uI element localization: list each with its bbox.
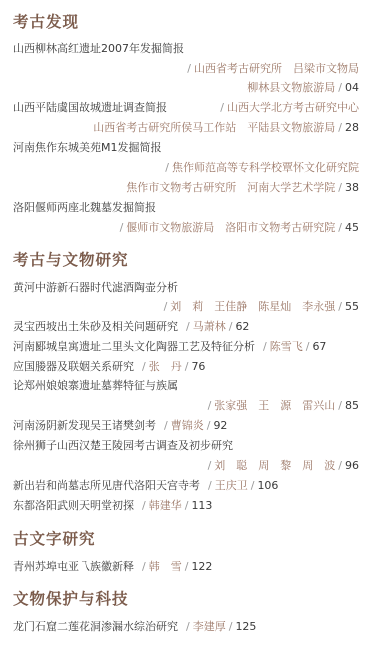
article-title[interactable]: 山西柳林高红遗址2007年发掘简报 <box>13 42 184 56</box>
page-number: 106 <box>257 479 278 492</box>
page-number: 92 <box>213 419 227 432</box>
article-entry[interactable]: 灵宝西坡出土朱砂及相关问题研究/马萧林/62 <box>13 320 249 334</box>
article-title[interactable]: 论郑州娘娘寨遗址墓葬特征与族属 <box>13 379 178 393</box>
section-title-paleography: 古文字研究 <box>13 527 96 549</box>
article-entry[interactable]: 应国媵器及联姻关系研究/张 丹/76 <box>13 360 205 374</box>
article-title[interactable]: 山西平陆虞国故城遗址调查简报 <box>13 101 167 115</box>
page-number: 38 <box>345 181 359 194</box>
article-authors: /张家强 王 源 雷兴山/85 <box>205 399 359 413</box>
page-number: 04 <box>345 81 359 94</box>
article-entry[interactable]: 东都洛阳武则天明堂初探/韩建华/113 <box>13 499 212 513</box>
section-title-conservation-technology: 文物保护与科技 <box>13 587 129 609</box>
article-title[interactable]: 徐州狮子山西汉楚王陵园考古调查及初步研究 <box>13 439 233 453</box>
page-number: 62 <box>235 320 249 333</box>
article-entry[interactable]: 新出岩和尚墓志所见唐代洛阳天宫寺考/王庆卫/106 <box>13 479 278 493</box>
article-title[interactable]: 河南焦作东城美苑M1发掘简报 <box>13 141 162 155</box>
article-entry[interactable]: 河南郾城皇寓遗址二里头文化陶器工艺及特征分析/陈雪飞/67 <box>13 340 326 354</box>
page-number: 125 <box>235 620 256 633</box>
section-title-archaeological-discoveries: 考古发现 <box>13 10 79 32</box>
section-title-archaeology-research: 考古与文物研究 <box>13 248 129 270</box>
article-title[interactable]: 黄河中游新石器时代滤酒陶壶分析 <box>13 281 178 295</box>
article-entry[interactable]: 河南汤阴新发现吴王诸樊剑考/曹锦炎/92 <box>13 419 227 433</box>
page-number: 113 <box>191 499 212 512</box>
page-number: 96 <box>345 459 359 472</box>
article-authors: 山西省考古研究所侯马工作站 平陆县文物旅游局/28 <box>93 121 359 135</box>
article-title[interactable]: 洛阳偃师两座北魏墓发掘简报 <box>13 201 156 215</box>
article-authors: /刘 聪 周 黎 周 波/96 <box>205 459 359 473</box>
article-entry[interactable]: 龙门石窟二莲花洞渗漏水综治研究/李建厚/125 <box>13 620 256 634</box>
article-authors: /山西大学北方考古研究中心 <box>217 101 359 115</box>
page-number: 45 <box>345 221 359 234</box>
page-number: 76 <box>191 360 205 373</box>
page-number: 67 <box>312 340 326 353</box>
page-number: 122 <box>191 560 212 573</box>
article-authors: 焦作市文物考古研究所 河南大学艺术学院/38 <box>126 181 359 195</box>
article-entry[interactable]: 青州苏埠屯亚乁族徽新释/韩 雪/122 <box>13 560 212 574</box>
article-authors: /山西省考古研究所 吕梁市文物局 <box>184 62 359 76</box>
article-authors: /刘 莉 王佳静 陈星灿 李永强/55 <box>161 300 359 314</box>
page-number: 28 <box>345 121 359 134</box>
article-authors: /偃师市文物旅游局 洛阳市文物考古研究院/45 <box>117 221 359 235</box>
article-authors: 柳林县文物旅游局/04 <box>247 81 359 95</box>
page-number: 55 <box>345 300 359 313</box>
page-number: 85 <box>345 399 359 412</box>
article-authors: /焦作师范高等专科学校覃怀文化研究院 <box>162 161 359 175</box>
